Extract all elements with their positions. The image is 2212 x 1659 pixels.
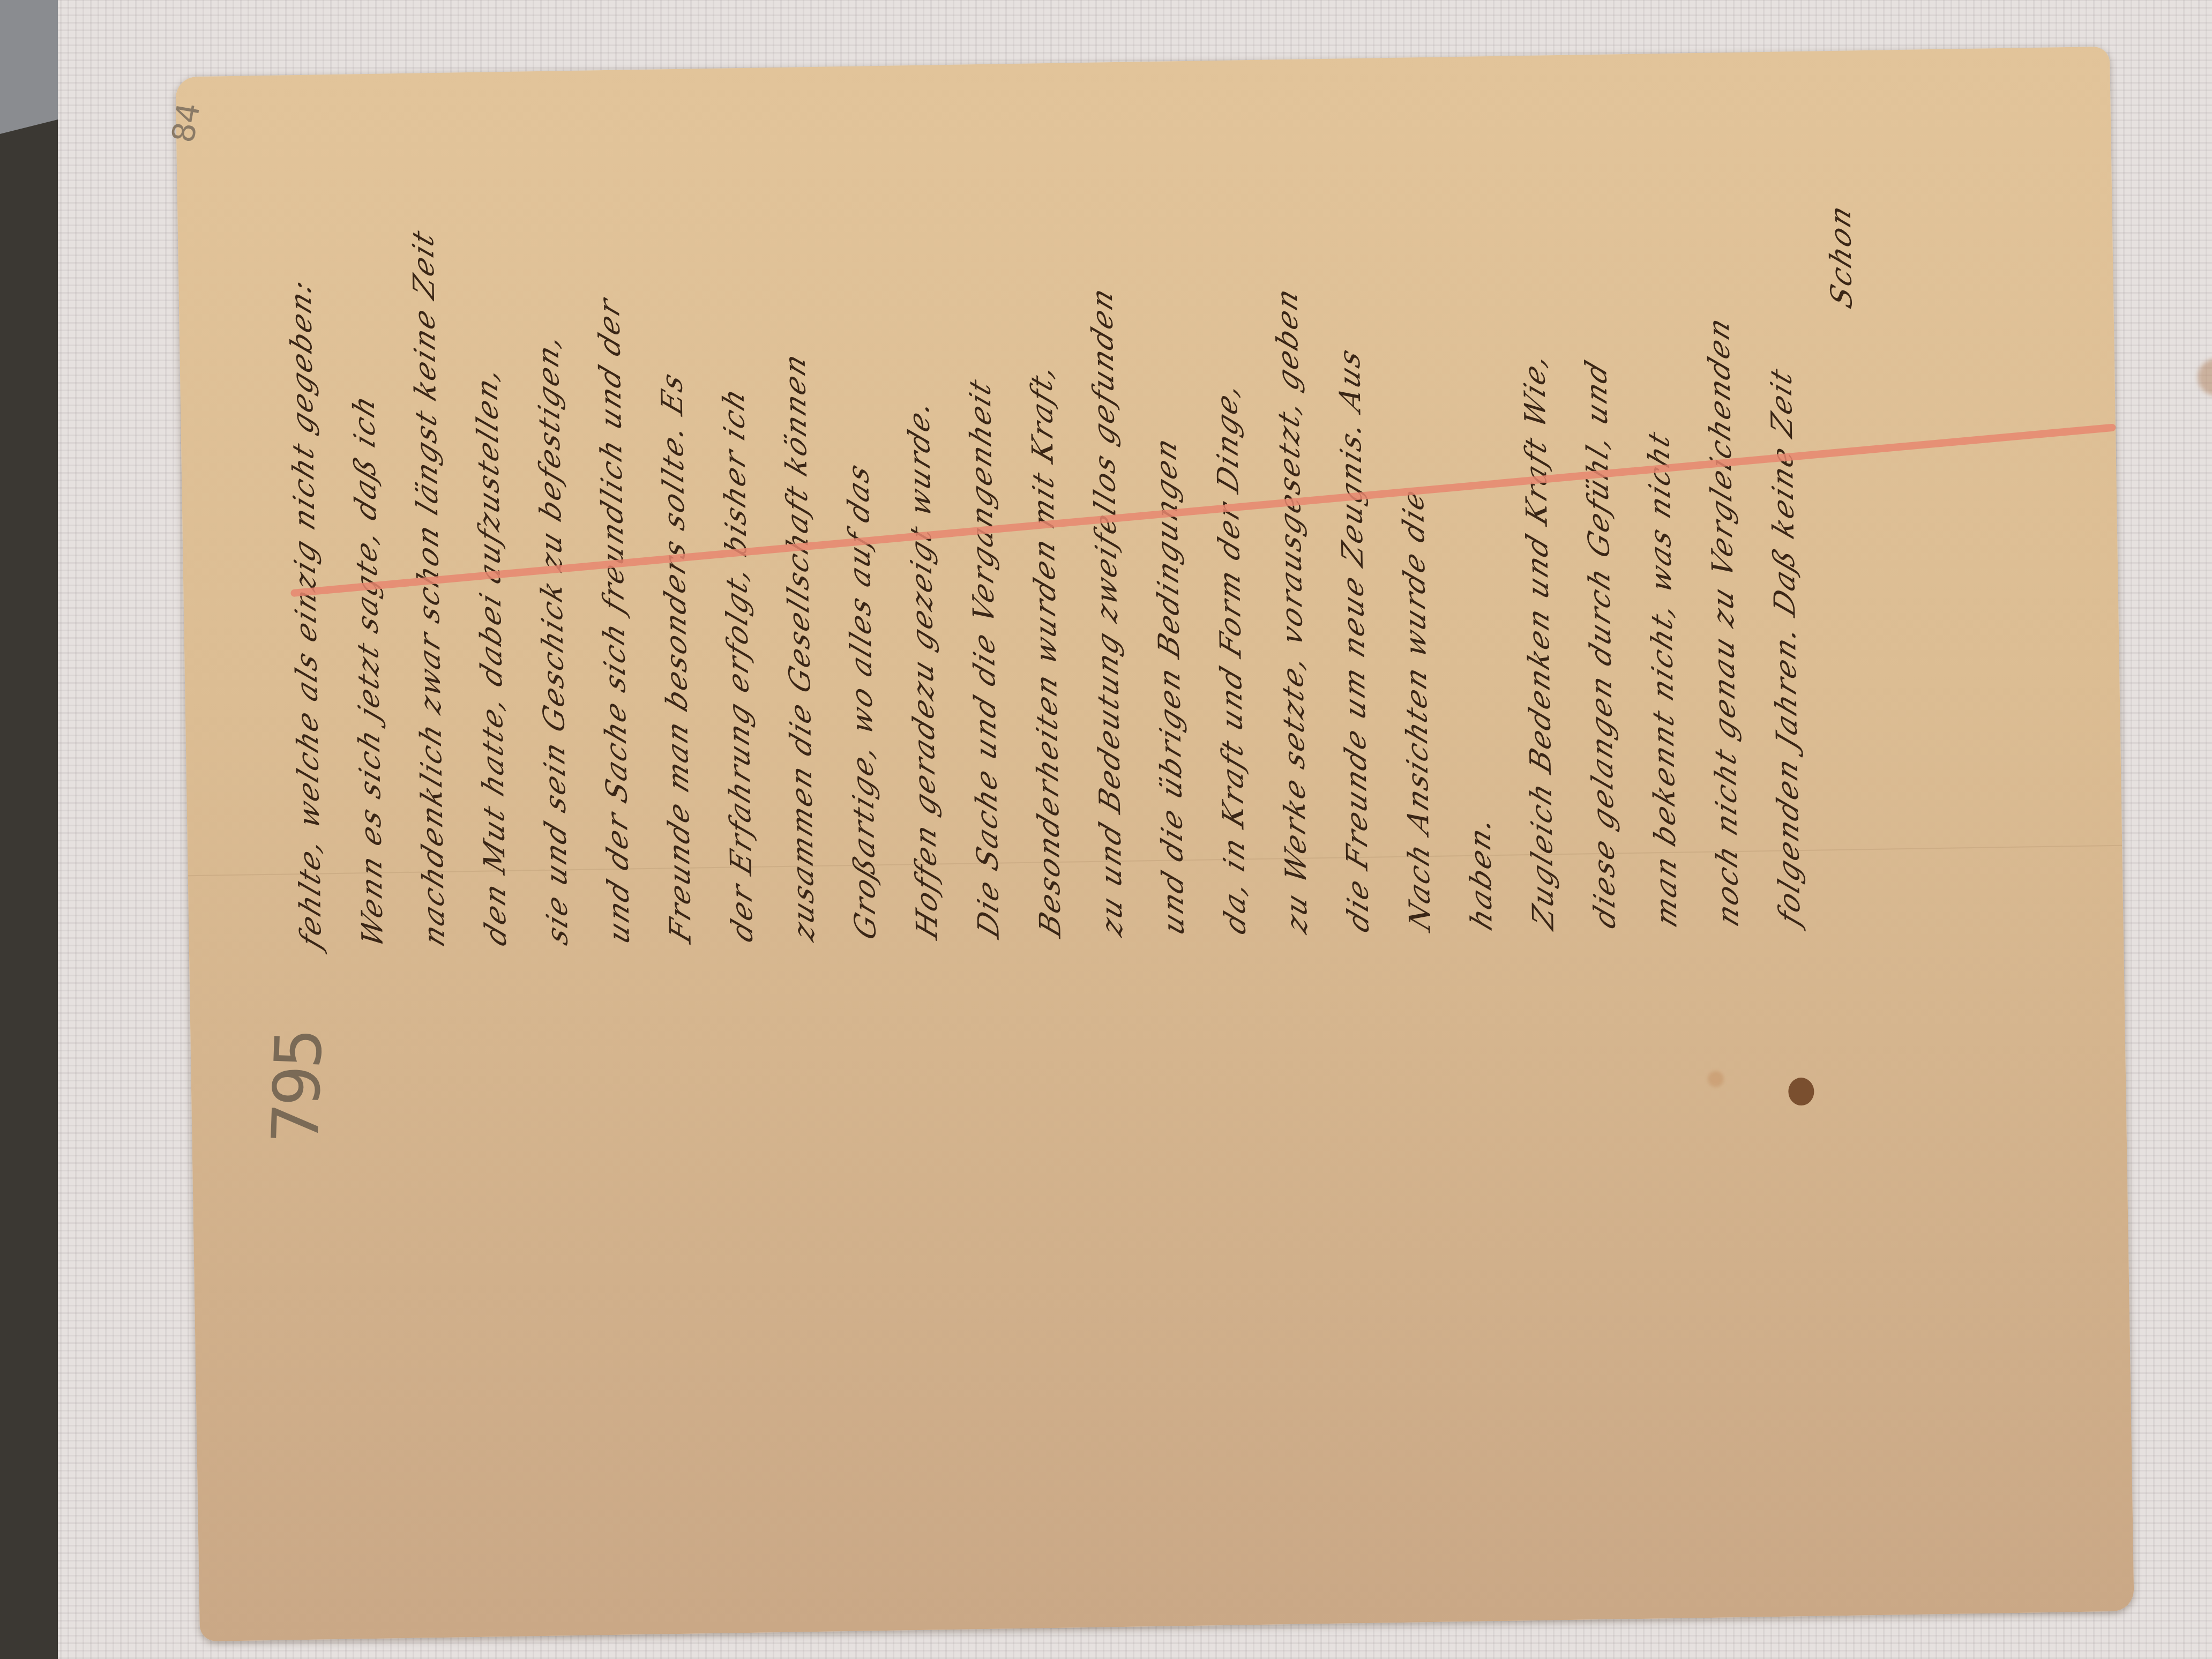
text-line: der Erfahrung erfolgt, bisher ich bbox=[716, 381, 760, 946]
dark-table-edge bbox=[0, 0, 58, 1659]
text-line: zu und Bedeutung zweifellos gefunden bbox=[1085, 281, 1129, 940]
text-line: Schon bbox=[1823, 198, 1859, 313]
folio-number: 84 bbox=[165, 100, 207, 145]
text-line: Besonderheiten wurden mit Kraft, bbox=[1025, 357, 1068, 941]
text-line: und der Sache sich freundlich und der bbox=[592, 292, 637, 948]
text-line: die Freunde um neue Zeugnis. Aus bbox=[1332, 342, 1376, 937]
manuscript-page: fehlte, welche als einzig nicht gegeben:… bbox=[175, 47, 2134, 1641]
archive-pencil-number: 795 bbox=[258, 1030, 337, 1146]
text-line: Freunde man besonders sollte. Es bbox=[655, 366, 698, 947]
text-line: Großartige, wo alles auf das bbox=[841, 457, 883, 945]
text-line: Die Sache und die Vergangenheit bbox=[963, 372, 1006, 943]
text-line: fehlte, welche als einzig nicht gegeben: bbox=[283, 273, 328, 954]
text-line: nachdenklich zwar schon längst keine Zei… bbox=[406, 223, 452, 951]
text-line: folgenden Jahren. Daß keine Zeit bbox=[1764, 362, 1807, 930]
text-line: und die übrigen Bedingungen bbox=[1149, 431, 1191, 940]
text-line: Zugleich Bedenken und Kraft Wie, bbox=[1517, 346, 1560, 934]
text-line: noch nicht genau zu Vergleichenden bbox=[1701, 311, 1745, 931]
text-line: man bekennt nicht, was nicht bbox=[1642, 425, 1684, 932]
text-line: Wenn es sich jetzt sagte, daß ich bbox=[347, 388, 390, 952]
text-line: sie und sein Geschick zu befestigen, bbox=[531, 327, 575, 950]
text-line: Nach Ansichten wurde die bbox=[1396, 483, 1437, 936]
text-line: den Mut hatte, dabei aufzustellen, bbox=[470, 360, 513, 951]
text-line: zu Werke setzte, vorausgesetzt, geben bbox=[1270, 281, 1314, 938]
ink-stain bbox=[1788, 1078, 1814, 1106]
text-line: zusammen die Gesellschaft können bbox=[778, 347, 821, 946]
grey-paper-corner bbox=[0, 0, 58, 134]
text-line: diese gelangen durch Gefühl, und bbox=[1579, 354, 1623, 933]
text-line: da, in Kraft und Form der Dinge, bbox=[1209, 376, 1253, 939]
text-line: haben. bbox=[1463, 810, 1499, 935]
text-line: Hoffen geradezu gezeigt wurde. bbox=[902, 393, 945, 944]
foxing-stain bbox=[1708, 1071, 1724, 1087]
